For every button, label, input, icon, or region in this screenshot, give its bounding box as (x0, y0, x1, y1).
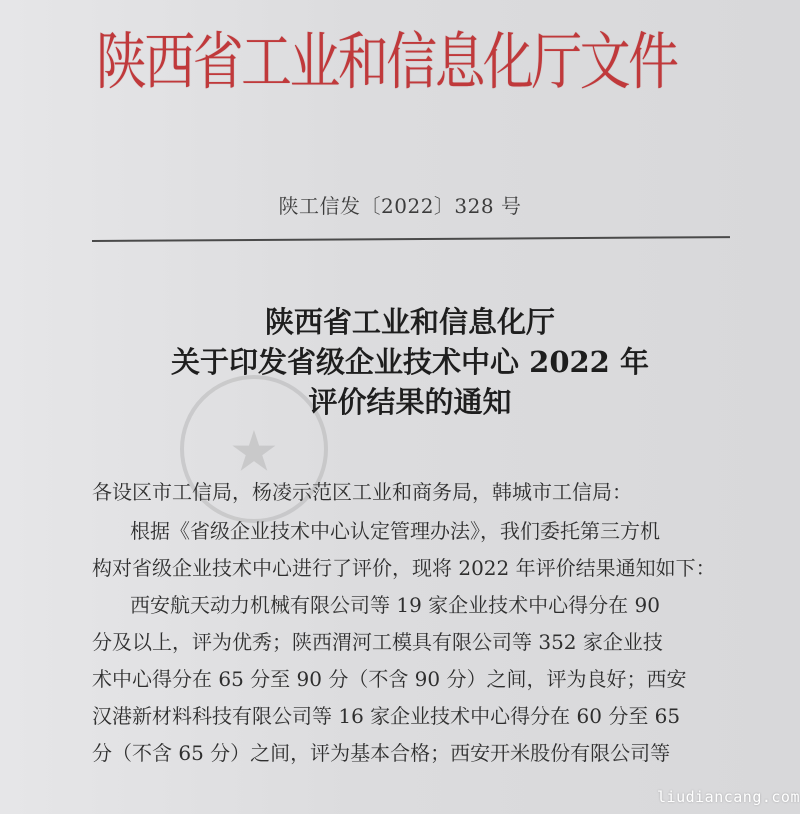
notice-body: 各设区市工信局，杨凌示范区工业和商务局，韩城市工信局： 根据《省级企业技术中心认… (92, 474, 742, 772)
document-page: 陕西省工业和信息化厅文件 陕工信发〔2022〕328 号 ★ 陕西省工业和信息化… (0, 0, 800, 814)
body-line: 汉港新材料科技有限公司等 16 家企业技术中心得分在 60 分至 65 (92, 698, 742, 735)
body-line: 根据《省级企业技术中心认定管理办法》，我们委托第三方机 (92, 513, 742, 550)
header-divider (92, 236, 730, 242)
notice-title: 陕西省工业和信息化厅 关于印发省级企业技术中心 2022 年 评价结果的通知 (0, 302, 800, 422)
body-line: 术中心得分在 65 分至 90 分（不含 90 分）之间，评为良好；西安 (92, 661, 742, 698)
body-line: 分（不含 65 分）之间，评为基本合格；西安开米股份有限公司等 (92, 735, 742, 772)
masthead-title: 陕西省工业和信息化厅文件 (96, 18, 621, 106)
document-number: 陕工信发〔2022〕328 号 (0, 190, 800, 219)
body-line: 西安航天动力机械有限公司等 19 家企业技术中心得分在 90 (92, 587, 742, 624)
body-line: 分及以上，评为优秀；陕西渭河工模具有限公司等 352 家企业技 (92, 624, 742, 661)
body-line: 构对省级企业技术中心进行了评价，现将 2022 年评价结果通知如下： (92, 550, 742, 587)
title-line-3: 评价结果的通知 (0, 382, 800, 422)
title-line-1: 陕西省工业和信息化厅 (0, 302, 800, 342)
site-watermark: liudiancang.com (657, 788, 800, 806)
title-line-2: 关于印发省级企业技术中心 2022 年 (0, 342, 800, 382)
salutation: 各设区市工信局，杨凌示范区工业和商务局，韩城市工信局： (92, 474, 742, 511)
